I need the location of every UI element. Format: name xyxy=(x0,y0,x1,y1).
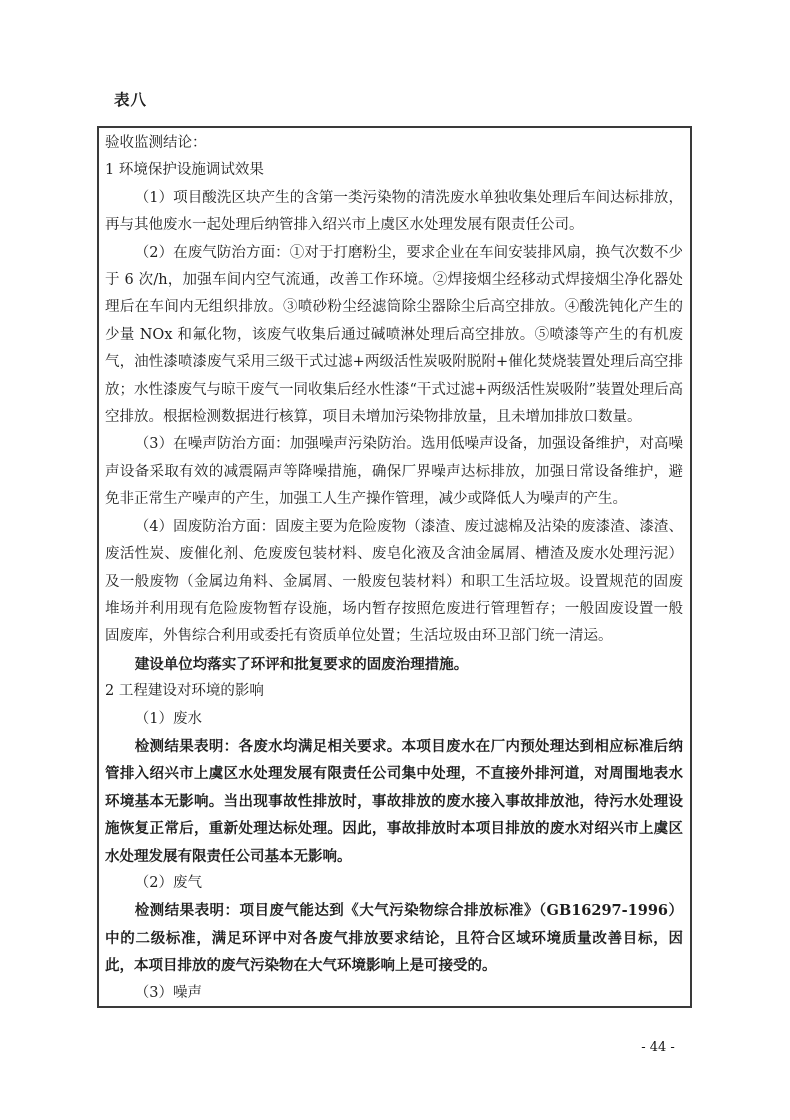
paragraph: 建设单位均落实了环评和批复要求的固废治理措施。 xyxy=(105,651,683,678)
paragraph: 1 环境保护设施调试效果 xyxy=(105,157,683,184)
paragraph: （4）固废防治方面：固废主要为危险废物（漆渣、废过滤棉及沾染的废漆渣、漆渣、废活… xyxy=(105,514,683,651)
conclusion-box: 验收监测结论：1 环境保护设施调试效果（1）项目酸洗区块产生的含第一类污染物的清… xyxy=(97,126,692,1008)
paragraph: （2）在废气防治方面：①对于打磨粉尘，要求企业在车间安装排风扇，换气次数不少于 … xyxy=(105,240,683,432)
paragraph: 2 工程建设对环境的影响 xyxy=(105,678,683,705)
table-caption: 表八 xyxy=(114,88,147,110)
paragraph: （1）废水 xyxy=(105,706,683,733)
paragraph: （2）废气 xyxy=(105,870,683,897)
paragraph: 检测结果表明：各废水均满足相关要求。本项目废水在厂内预处理达到相应标准后纳管排入… xyxy=(105,733,683,870)
paragraph: （3）在噪声防治方面：加强噪声污染防治。选用低噪声设备，加强设备维护，对高噪声设… xyxy=(105,431,683,513)
paragraph: （3）噪声 xyxy=(105,980,683,1007)
page-number: - 44 - xyxy=(608,1040,708,1055)
paragraph: 验收监测结论： xyxy=(105,130,683,157)
document-page: 表八 验收监测结论：1 环境保护设施调试效果（1）项目酸洗区块产生的含第一类污染… xyxy=(0,0,790,1120)
paragraph: （1）项目酸洗区块产生的含第一类污染物的清洗废水单独收集处理后车间达标排放，再与… xyxy=(105,185,683,240)
paragraph: 检测结果表明：项目废气能达到《大气污染物综合排放标准》（GB16297-1996… xyxy=(105,897,683,979)
